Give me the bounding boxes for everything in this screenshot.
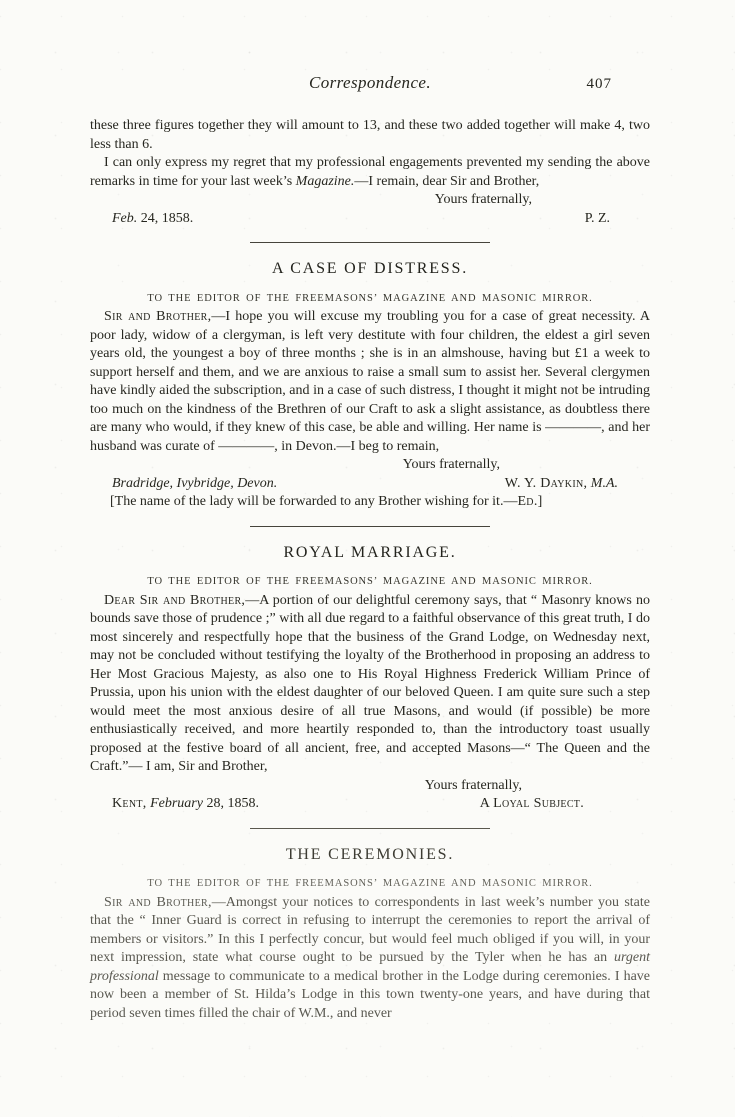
signature-row: Bradridge, Ivybridge, Devon. W. Y. Dayki… <box>90 475 650 494</box>
to-editor-line: TO THE EDITOR OF THE FREEMASONS’ MAGAZIN… <box>90 290 650 309</box>
text-segment: ] <box>538 494 543 509</box>
editor-note: [The name of the lady will be forwarded … <box>90 493 650 512</box>
signature-row: Feb. 24, 1858. P. Z. <box>90 210 650 229</box>
text-segment: 28, 1858. <box>203 796 259 811</box>
signature-row: Kent, February 28, 1858. A Loyal Subject… <box>90 795 650 814</box>
letter-case-of-distress: A CASE OF DISTRESS. TO THE EDITOR OF THE… <box>90 260 650 512</box>
text-segment: Bradridge, Ivybridge, Devon. <box>112 476 277 491</box>
letter-body: Sir and Brother,—Amongst your notices to… <box>90 894 650 1024</box>
text-segment: Magazine. <box>296 174 355 189</box>
text-segment: Dear Sir and Brother, <box>104 593 245 608</box>
valediction: Yours fraternally, <box>90 191 650 210</box>
section-divider <box>250 828 490 829</box>
letter-body: Sir and Brother,—I hope you will excuse … <box>90 308 650 456</box>
text-segment: —I remain, dear Sir and Brother, <box>354 174 539 189</box>
address-line: Bradridge, Ivybridge, Devon. <box>112 475 277 494</box>
letter-pz: these three figures together they will a… <box>90 117 650 228</box>
text-segment: —I hope you will excuse my troubling you… <box>90 309 650 454</box>
page-number: 407 <box>587 75 613 94</box>
section-divider <box>250 242 490 243</box>
paragraph: I can only express my regret that my pro… <box>90 154 650 191</box>
valediction: Yours fraternally, <box>90 777 650 796</box>
text-segment: Sir and Brother, <box>104 309 211 324</box>
paragraph-continuation: these three figures together they will a… <box>90 117 650 154</box>
letter-royal-marriage: ROYAL MARRIAGE. TO THE EDITOR OF THE FRE… <box>90 544 650 814</box>
page-title: Correspondence. <box>309 73 431 92</box>
text-segment: Kent, <box>112 796 147 811</box>
to-editor-line: TO THE EDITOR OF THE FREEMASONS’ MAGAZIN… <box>90 573 650 592</box>
signature: W. Y. Daykin, M.A. <box>505 475 650 494</box>
dateline: Feb. 24, 1858. <box>112 210 193 229</box>
text-segment: W. Y. Daykin, <box>505 476 588 491</box>
section-divider <box>250 526 490 527</box>
text-segment: February <box>147 796 203 811</box>
text-segment: [The name of the lady will be forwarded … <box>110 494 517 509</box>
valediction: Yours fraternally, <box>90 456 650 475</box>
text-segment: 24, 1858. <box>137 211 193 226</box>
letter-heading: THE CEREMONIES. <box>90 846 650 865</box>
scanned-page: Correspondence. 407 these three figures … <box>0 0 735 1117</box>
signature: P. Z. <box>585 210 650 229</box>
signature: A Loyal Subject. <box>480 795 650 814</box>
text-segment: —A portion of our delightful ceremony sa… <box>90 593 650 775</box>
running-head: Correspondence. 407 <box>90 74 650 96</box>
to-editor-line: TO THE EDITOR OF THE FREEMASONS’ MAGAZIN… <box>90 875 650 894</box>
text-segment: Feb. <box>112 211 137 226</box>
dateline: Kent, February 28, 1858. <box>112 795 259 814</box>
text-segment: message to communicate to a medical brot… <box>90 969 650 1021</box>
text-segment: M.A. <box>587 476 618 491</box>
text-segment: Sir and Brother, <box>104 895 212 910</box>
text-segment: Ed. <box>517 494 537 509</box>
letter-body: Dear Sir and Brother,—A portion of our d… <box>90 592 650 777</box>
text-segment: A Loyal Subject. <box>480 796 584 811</box>
letter-the-ceremonies: THE CEREMONIES. TO THE EDITOR OF THE FRE… <box>90 846 650 1024</box>
letter-heading: A CASE OF DISTRESS. <box>90 260 650 279</box>
letter-heading: ROYAL MARRIAGE. <box>90 544 650 563</box>
